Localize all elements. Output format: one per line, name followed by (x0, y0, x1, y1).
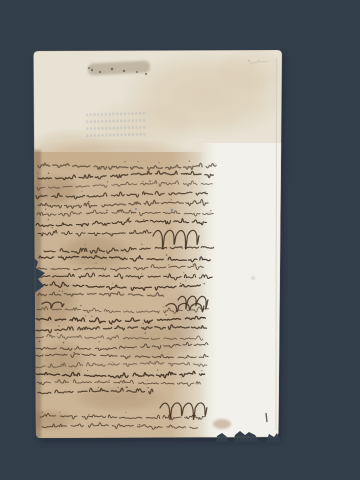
photo-backdrop (0, 0, 360, 480)
manuscript-artwork (0, 0, 360, 480)
